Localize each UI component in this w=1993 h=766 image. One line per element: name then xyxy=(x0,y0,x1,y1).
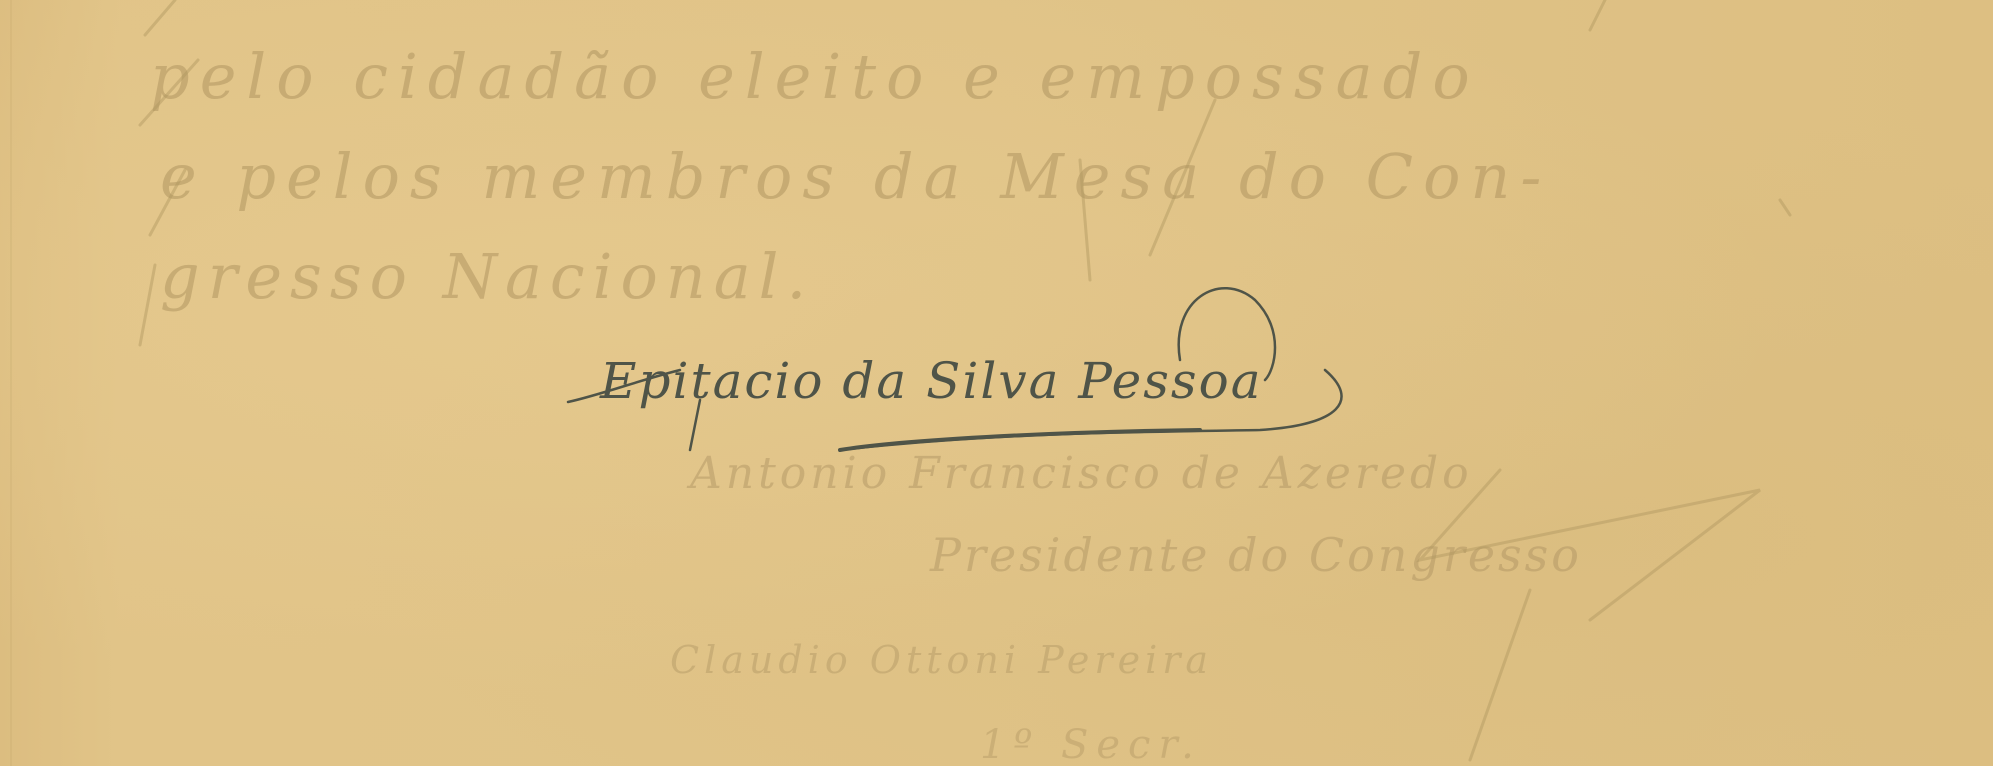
manuscript-line-3: gresso Nacional. xyxy=(160,240,814,313)
document-page: pelo cidadão eleito e empossado e pelos … xyxy=(0,0,1993,766)
signature-antonio-azeredo: Antonio Francisco de Azeredo xyxy=(690,448,1473,499)
signature-fourth: 1º Secr. xyxy=(980,722,1202,766)
manuscript-line-1: pelo cidadão eleito e empossado xyxy=(150,40,1480,113)
signature-title-presidente: Presidente do Congresso xyxy=(930,528,1582,582)
signature-third: Claudio Ottoni Pereira xyxy=(670,638,1213,682)
manuscript-line-2: e pelos membros da Mesa do Con- xyxy=(160,140,1551,213)
page-margin-rule xyxy=(10,0,12,766)
signature-epitacio-pessoa: Epitacio da Silva Pessoa xyxy=(600,352,1263,410)
